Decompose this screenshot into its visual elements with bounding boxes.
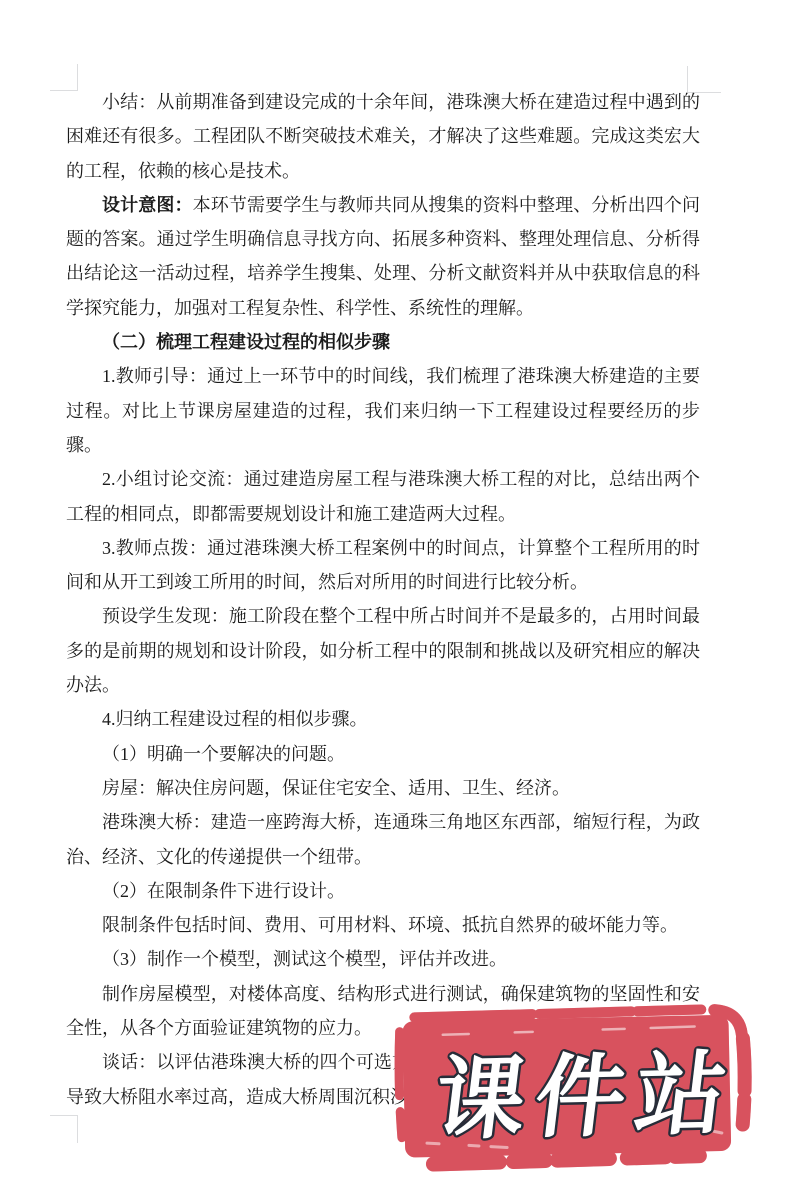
paragraph: （3）制作一个模型，测试这个模型，评估并改进。	[66, 942, 700, 976]
paragraph: 限制条件包括时间、费用、可用材料、环境、抵抗自然界的破坏能力等。	[66, 908, 700, 942]
paragraph: 3.教师点拨：通过港珠澳大桥工程案例中的时间点，计算整个工程所用的时间和从开工到…	[66, 531, 700, 600]
paragraph: 4.归纳工程建设过程的相似步骤。	[66, 702, 700, 736]
paragraph: 房屋：解决住房问题，保证住宅安全、适用、卫生、经济。	[66, 771, 700, 805]
paragraph: 设计意图：本环节需要学生与教师共同从搜集的资料中整理、分析出四个问题的答案。通过…	[66, 188, 700, 325]
paragraph: 制作房屋模型，对楼体高度、结构形式进行测试，确保建筑物的坚固性和安全性，从各个方…	[66, 977, 700, 1046]
document-text-block: 小结：从前期准备到建设完成的十余年间，港珠澳大桥在建造过程中遇到的困难还有很多。…	[66, 85, 700, 1114]
section-heading: （二）梳理工程建设过程的相似步骤	[66, 325, 700, 359]
paragraph: 小结：从前期准备到建设完成的十余年间，港珠澳大桥在建造过程中遇到的困难还有很多。…	[66, 85, 700, 188]
paragraph: 1.教师引导：通过上一环节中的时间线，我们梳理了港珠澳大桥建造的主要过程。对比上…	[66, 359, 700, 462]
margin-crop-mark-bottom-right	[687, 1115, 721, 1143]
paragraph: 预设学生发现：施工阶段在整个工程中所占时间并不是最多的，占用时间最多的是前期的规…	[66, 599, 700, 702]
paragraph: （1）明确一个要解决的问题。	[66, 737, 700, 771]
paragraph: （2）在限制条件下进行设计。	[66, 874, 700, 908]
paragraph-lead: 设计意图：	[102, 195, 193, 215]
margin-crop-mark-bottom-left	[50, 1115, 78, 1143]
paragraph: 港珠澳大桥：建造一座跨海大桥，连通珠三角地区东西部，缩短行程，为政治、经济、文化…	[66, 805, 700, 874]
paragraph: 2.小组讨论交流：通过建造房屋工程与港珠澳大桥工程的对比，总结出两个工程的相同点…	[66, 462, 700, 531]
paragraph: 谈话：以评估港珠澳大桥的四个可选方案为例，取舍原因如下。斜线方案会导致大桥阻水率…	[66, 1045, 700, 1114]
